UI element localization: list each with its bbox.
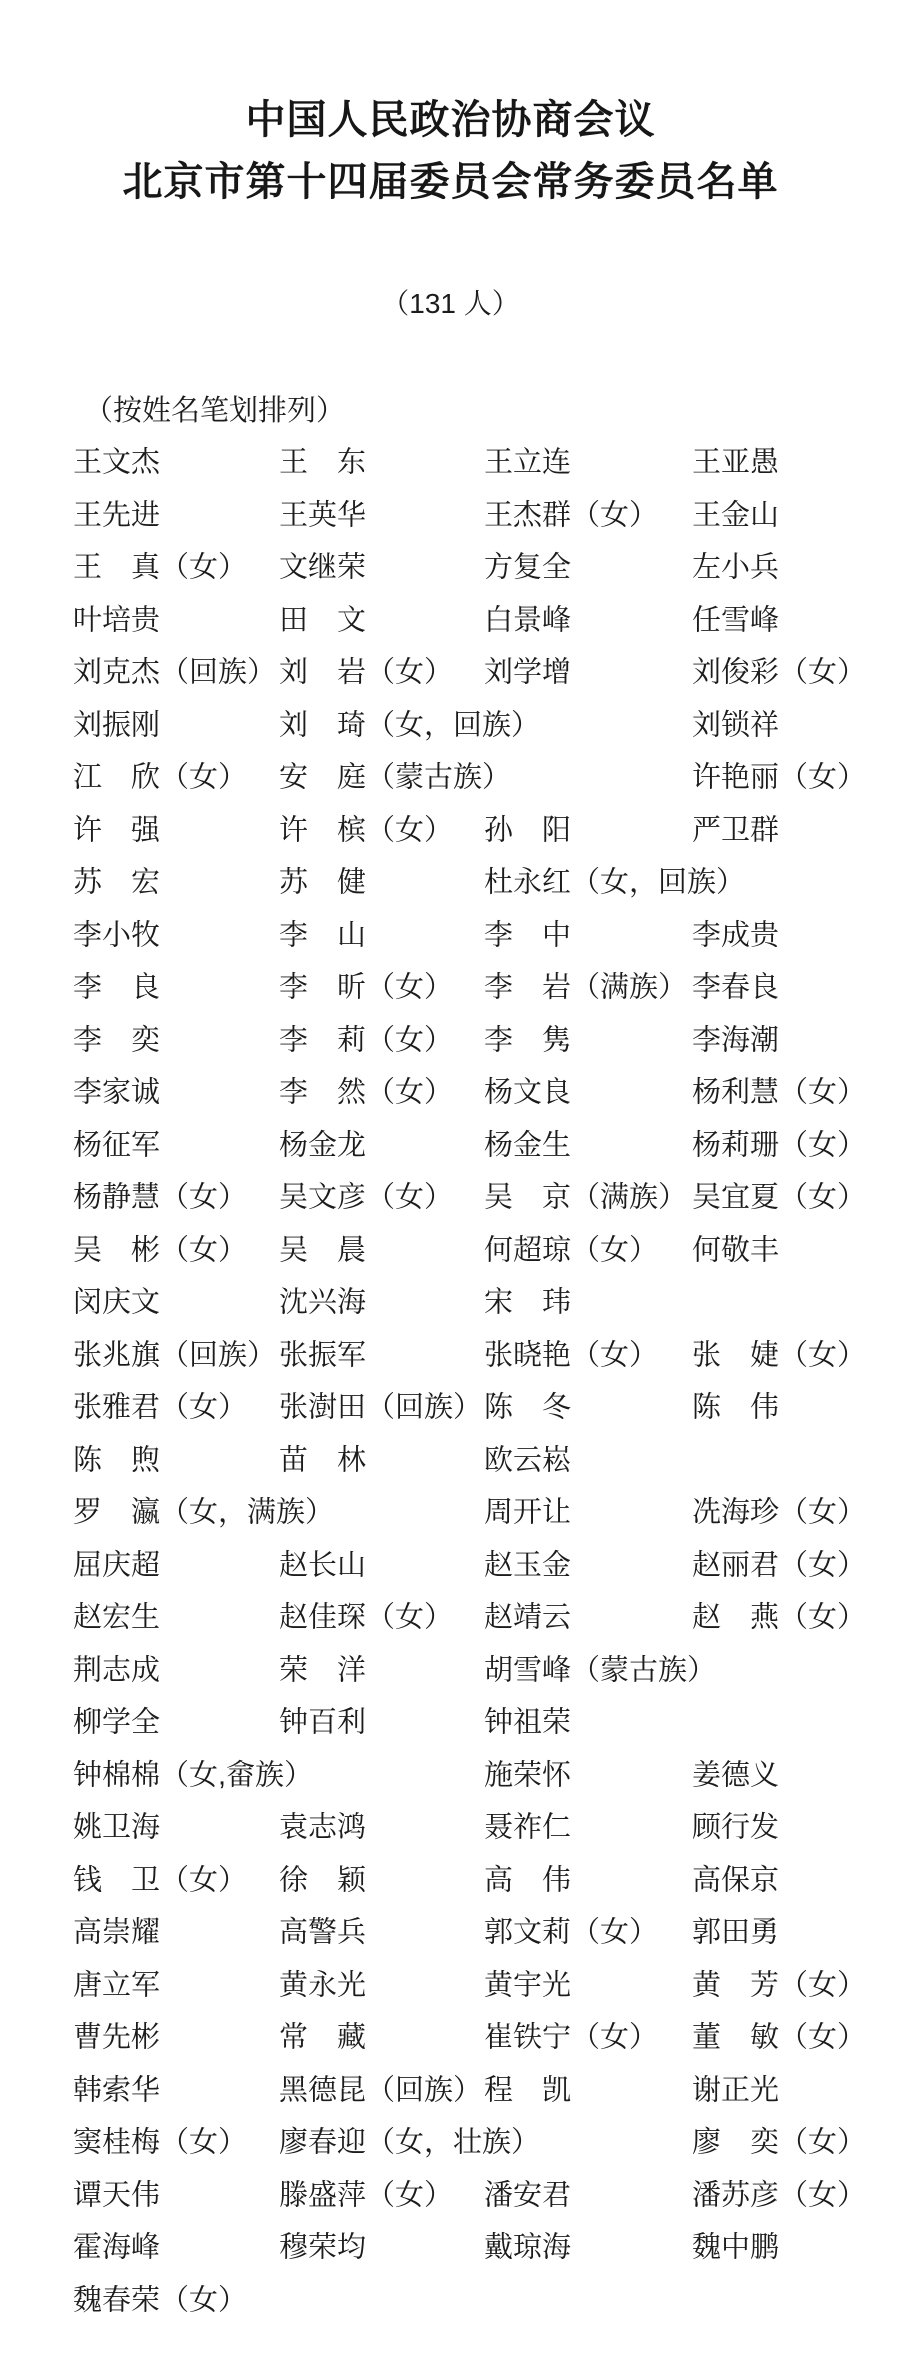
member-name: 刘锁祥 bbox=[692, 711, 779, 740]
name-row: 陈 煦苗 林欧云崧 bbox=[0, 1435, 901, 1488]
member-name: 王亚愚 bbox=[692, 449, 779, 478]
name-row: 唐立军黄永光黄宇光黄 芳（女） bbox=[0, 1960, 901, 2013]
member-name: 赵宏生 bbox=[73, 1604, 160, 1633]
member-name: 张振军 bbox=[279, 1341, 366, 1370]
member-name: 柳学全 bbox=[73, 1709, 160, 1738]
member-name: 刘 岩（女） bbox=[279, 659, 453, 688]
member-name: 刘克杰（回族） bbox=[73, 659, 276, 688]
member-name: 李 昕（女） bbox=[279, 974, 453, 1003]
name-row: 谭天伟滕盛萍（女）潘安君潘苏彦（女） bbox=[0, 2170, 901, 2223]
member-name: 黄 芳（女） bbox=[692, 1971, 866, 2000]
member-name: 刘 琦（女，回族） bbox=[279, 711, 540, 740]
member-name: 张兆旗（回族） bbox=[73, 1341, 276, 1370]
name-row: 刘振刚刘 琦（女，回族）刘锁祥 bbox=[0, 700, 901, 753]
member-name: 王文杰 bbox=[73, 449, 160, 478]
name-row: 钟棉棉（女,畲族）施荣怀姜德义 bbox=[0, 1750, 901, 1803]
name-row: 柳学全钟百利钟祖荣 bbox=[0, 1697, 901, 1750]
name-row: 韩索华黑德昆（回族）程 凯谢正光 bbox=[0, 2065, 901, 2118]
member-name: 杨文良 bbox=[484, 1079, 571, 1108]
member-name: 常 藏 bbox=[279, 2024, 366, 2053]
member-name: 王金山 bbox=[692, 501, 779, 530]
member-name: 沈兴海 bbox=[279, 1289, 366, 1318]
member-name: 杨金龙 bbox=[279, 1131, 366, 1160]
name-row: 姚卫海袁志鸿聂祚仁顾行发 bbox=[0, 1802, 901, 1855]
name-row: 杨静慧（女）吴文彦（女）吴 京（满族）吴宜夏（女） bbox=[0, 1172, 901, 1225]
name-row: 江 欣（女）安 庭（蒙古族）许艳丽（女） bbox=[0, 752, 901, 805]
name-list: 王文杰王 东王立连王亚愚王先进王英华王杰群（女）王金山王 真（女）文继荣方复全左… bbox=[0, 437, 901, 2327]
member-name: 王 真（女） bbox=[73, 554, 247, 583]
member-name: 吴文彦（女） bbox=[279, 1184, 453, 1213]
name-row: 张兆旗（回族）张振军张晓艳（女）张 婕（女） bbox=[0, 1330, 901, 1383]
member-name: 吴 晨 bbox=[279, 1236, 366, 1265]
member-name: 荣 洋 bbox=[279, 1656, 366, 1685]
name-row: 钱 卫（女）徐 颖高 伟高保京 bbox=[0, 1855, 901, 1908]
member-name: 叶培贵 bbox=[73, 606, 160, 635]
member-name: 李 中 bbox=[484, 921, 571, 950]
member-name: 孙 阳 bbox=[484, 816, 571, 845]
member-name: 任雪峰 bbox=[692, 606, 779, 635]
member-name: 严卫群 bbox=[692, 816, 779, 845]
member-name: 方复全 bbox=[484, 554, 571, 583]
member-name: 廖 奕（女） bbox=[692, 2129, 866, 2158]
member-name: 王立连 bbox=[484, 449, 571, 478]
sort-order-note: （按姓名笔划排列） bbox=[84, 388, 345, 429]
member-name: 郭田勇 bbox=[692, 1919, 779, 1948]
member-name: 荆志成 bbox=[73, 1656, 160, 1685]
member-name: 何敬丰 bbox=[692, 1236, 779, 1265]
member-name: 李 良 bbox=[73, 974, 160, 1003]
name-row: 曹先彬常 藏崔铁宁（女）董 敏（女） bbox=[0, 2012, 901, 2065]
member-name: 冼海珍（女） bbox=[692, 1499, 866, 1528]
member-name: 王英华 bbox=[279, 501, 366, 530]
member-name: 赵 燕（女） bbox=[692, 1604, 866, 1633]
member-name: 罗 瀛（女，满族） bbox=[73, 1499, 334, 1528]
name-row: 王文杰王 东王立连王亚愚 bbox=[0, 437, 901, 490]
member-name: 刘振刚 bbox=[73, 711, 160, 740]
name-row: 许 强许 槟（女）孙 阳严卫群 bbox=[0, 805, 901, 858]
member-name: 顾行发 bbox=[692, 1814, 779, 1843]
member-name: 许艳丽（女） bbox=[692, 764, 866, 793]
name-row: 苏 宏苏 健杜永红（女，回族） bbox=[0, 857, 901, 910]
member-name: 杜永红（女，回族） bbox=[484, 869, 745, 898]
member-name: 曹先彬 bbox=[73, 2024, 160, 2053]
member-name: 谢正光 bbox=[692, 2076, 779, 2105]
name-row: 杨征军杨金龙杨金生杨莉珊（女） bbox=[0, 1120, 901, 1173]
name-row: 闵庆文沈兴海宋 玮 bbox=[0, 1277, 901, 1330]
member-name: 徐 颖 bbox=[279, 1866, 366, 1895]
member-name: 杨金生 bbox=[484, 1131, 571, 1160]
member-name: 滕盛萍（女） bbox=[279, 2181, 453, 2210]
member-name: 高保京 bbox=[692, 1866, 779, 1895]
name-row: 霍海峰穆荣均戴琼海魏中鹏 bbox=[0, 2222, 901, 2275]
member-name: 高警兵 bbox=[279, 1919, 366, 1948]
member-name: 施荣怀 bbox=[484, 1761, 571, 1790]
member-name: 李 岩（满族） bbox=[484, 974, 687, 1003]
member-name: 袁志鸿 bbox=[279, 1814, 366, 1843]
member-name: 唐立军 bbox=[73, 1971, 160, 2000]
member-name: 杨静慧（女） bbox=[73, 1184, 247, 1213]
member-name: 谭天伟 bbox=[73, 2181, 160, 2210]
member-name: 李 奕 bbox=[73, 1026, 160, 1055]
member-name: 聂祚仁 bbox=[484, 1814, 571, 1843]
name-row: 赵宏生赵佳琛（女）赵靖云赵 燕（女） bbox=[0, 1592, 901, 1645]
name-row: 李 奕李 莉（女）李 隽李海潮 bbox=[0, 1015, 901, 1068]
name-row: 魏春荣（女） bbox=[0, 2275, 901, 2328]
member-name: 赵玉金 bbox=[484, 1551, 571, 1580]
member-name: 许 槟（女） bbox=[279, 816, 453, 845]
member-name: 安 庭（蒙古族） bbox=[279, 764, 511, 793]
member-name: 吴宜夏（女） bbox=[692, 1184, 866, 1213]
name-row: 荆志成荣 洋胡雪峰（蒙古族） bbox=[0, 1645, 901, 1698]
name-row: 窦桂梅（女）廖春迎（女，壮族）廖 奕（女） bbox=[0, 2117, 901, 2170]
member-name: 屈庆超 bbox=[73, 1551, 160, 1580]
member-name: 刘俊彩（女） bbox=[692, 659, 866, 688]
member-name: 文继荣 bbox=[279, 554, 366, 583]
member-name: 李 隽 bbox=[484, 1026, 571, 1055]
name-row: 王 真（女）文继荣方复全左小兵 bbox=[0, 542, 901, 595]
member-name: 杨征军 bbox=[73, 1131, 160, 1160]
member-name: 潘苏彦（女） bbox=[692, 2181, 866, 2210]
member-name: 钟祖荣 bbox=[484, 1709, 571, 1738]
member-name: 何超琼（女） bbox=[484, 1236, 658, 1265]
member-name: 赵靖云 bbox=[484, 1604, 571, 1633]
member-name: 钟百利 bbox=[279, 1709, 366, 1738]
member-name: 穆荣均 bbox=[279, 2234, 366, 2263]
name-row: 屈庆超赵长山赵玉金赵丽君（女） bbox=[0, 1540, 901, 1593]
member-name: 吴 彬（女） bbox=[73, 1236, 247, 1265]
member-name: 钟棉棉（女,畲族） bbox=[73, 1761, 313, 1790]
member-name: 欧云崧 bbox=[484, 1446, 571, 1475]
member-name: 黑德昆（回族） bbox=[279, 2076, 482, 2105]
name-row: 叶培贵田 文白景峰任雪峰 bbox=[0, 595, 901, 648]
member-name: 杨莉珊（女） bbox=[692, 1131, 866, 1160]
member-name: 张晓艳（女） bbox=[484, 1341, 658, 1370]
member-name: 李 然（女） bbox=[279, 1079, 453, 1108]
member-name: 程 凯 bbox=[484, 2076, 571, 2105]
doc-title-line2: 北京市第十四届委员会常务委员名单 bbox=[0, 150, 901, 207]
member-name: 宋 玮 bbox=[484, 1289, 571, 1318]
member-name: 许 强 bbox=[73, 816, 160, 845]
member-name: 苏 健 bbox=[279, 869, 366, 898]
member-name: 杨利慧（女） bbox=[692, 1079, 866, 1108]
name-row: 王先进王英华王杰群（女）王金山 bbox=[0, 490, 901, 543]
member-name: 陈 煦 bbox=[73, 1446, 160, 1475]
member-name: 戴琼海 bbox=[484, 2234, 571, 2263]
member-name: 田 文 bbox=[279, 606, 366, 635]
member-name: 闵庆文 bbox=[73, 1289, 160, 1318]
member-name: 王杰群（女） bbox=[484, 501, 658, 530]
document-page: 中国人民政治协商会议 北京市第十四届委员会常务委员名单 （131 人） （按姓名… bbox=[0, 0, 901, 2365]
member-name: 左小兵 bbox=[692, 554, 779, 583]
member-name: 黄永光 bbox=[279, 1971, 366, 2000]
doc-title-line1: 中国人民政治协商会议 bbox=[0, 88, 901, 145]
member-name: 韩索华 bbox=[73, 2076, 160, 2105]
member-name: 王先进 bbox=[73, 501, 160, 530]
member-name: 潘安君 bbox=[484, 2181, 571, 2210]
member-name: 张澍田（回族） bbox=[279, 1394, 482, 1423]
member-name: 胡雪峰（蒙古族） bbox=[484, 1656, 716, 1685]
member-name: 陈 冬 bbox=[484, 1394, 571, 1423]
member-name: 黄宇光 bbox=[484, 1971, 571, 2000]
member-name: 董 敏（女） bbox=[692, 2024, 866, 2053]
member-name: 高崇耀 bbox=[73, 1919, 160, 1948]
member-name: 钱 卫（女） bbox=[73, 1866, 247, 1895]
member-name: 崔铁宁（女） bbox=[484, 2024, 658, 2053]
member-name: 刘学增 bbox=[484, 659, 571, 688]
member-name: 赵佳琛（女） bbox=[279, 1604, 453, 1633]
member-name: 姚卫海 bbox=[73, 1814, 160, 1843]
name-row: 李家诚李 然（女）杨文良杨利慧（女） bbox=[0, 1067, 901, 1120]
member-name: 李 山 bbox=[279, 921, 366, 950]
name-row: 罗 瀛（女，满族）周开让冼海珍（女） bbox=[0, 1487, 901, 1540]
name-row: 李 良李 昕（女）李 岩（满族）李春良 bbox=[0, 962, 901, 1015]
member-name: 赵长山 bbox=[279, 1551, 366, 1580]
member-name: 李春良 bbox=[692, 974, 779, 1003]
name-row: 刘克杰（回族）刘 岩（女）刘学增刘俊彩（女） bbox=[0, 647, 901, 700]
member-name: 高 伟 bbox=[484, 1866, 571, 1895]
member-count-note: （131 人） bbox=[0, 282, 901, 322]
member-name: 江 欣（女） bbox=[73, 764, 247, 793]
member-name: 霍海峰 bbox=[73, 2234, 160, 2263]
member-name: 李小牧 bbox=[73, 921, 160, 950]
member-name: 窦桂梅（女） bbox=[73, 2129, 247, 2158]
member-name: 李 莉（女） bbox=[279, 1026, 453, 1055]
member-name: 陈 伟 bbox=[692, 1394, 779, 1423]
member-name: 魏春荣（女） bbox=[73, 2286, 247, 2315]
member-name: 吴 京（满族） bbox=[484, 1184, 687, 1213]
member-name: 魏中鹏 bbox=[692, 2234, 779, 2263]
member-name: 李家诚 bbox=[73, 1079, 160, 1108]
member-name: 李海潮 bbox=[692, 1026, 779, 1055]
member-name: 周开让 bbox=[484, 1499, 571, 1528]
member-name: 白景峰 bbox=[484, 606, 571, 635]
member-name: 赵丽君（女） bbox=[692, 1551, 866, 1580]
name-row: 高崇耀高警兵郭文莉（女）郭田勇 bbox=[0, 1907, 901, 1960]
name-row: 张雅君（女）张澍田（回族）陈 冬陈 伟 bbox=[0, 1382, 901, 1435]
member-name: 张 婕（女） bbox=[692, 1341, 866, 1370]
member-name: 郭文莉（女） bbox=[484, 1919, 658, 1948]
member-name: 李成贵 bbox=[692, 921, 779, 950]
member-name: 廖春迎（女，壮族） bbox=[279, 2129, 540, 2158]
name-row: 吴 彬（女）吴 晨何超琼（女）何敬丰 bbox=[0, 1225, 901, 1278]
member-name: 王 东 bbox=[279, 449, 366, 478]
member-name: 苏 宏 bbox=[73, 869, 160, 898]
member-name: 张雅君（女） bbox=[73, 1394, 247, 1423]
name-row: 李小牧李 山李 中李成贵 bbox=[0, 910, 901, 963]
member-name: 姜德义 bbox=[692, 1761, 779, 1790]
member-name: 苗 林 bbox=[279, 1446, 366, 1475]
